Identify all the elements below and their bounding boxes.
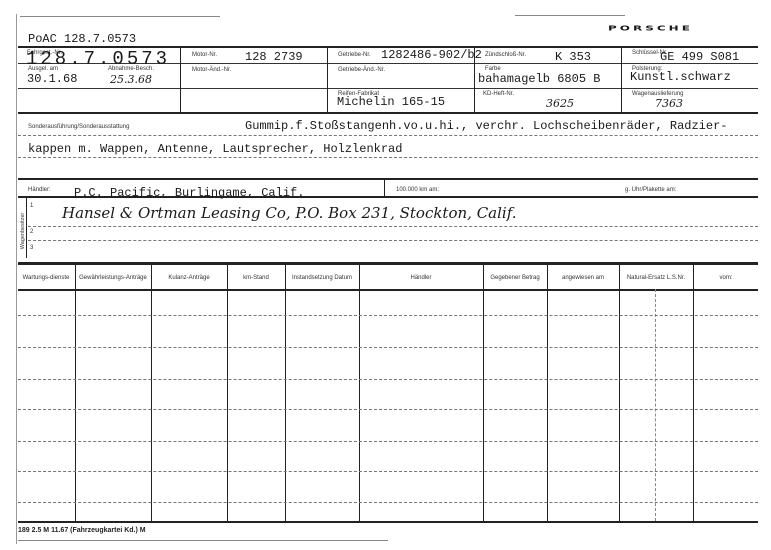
polsterung-value: Kunstl.schwarz: [630, 70, 731, 84]
owner-row-number: 1: [30, 203, 33, 209]
ausgel-value: 30.1.68: [27, 72, 77, 86]
column-header-km-stand: km-Stand: [228, 268, 284, 288]
column-header-betrag: Gegebener Betrag: [484, 268, 546, 288]
grid-line: [18, 289, 758, 291]
farbe-value: bahamagelb 6805 B: [478, 72, 600, 86]
column-header-instandsetzung: Instandsetzung Datum: [286, 268, 358, 288]
dotted-line: [18, 157, 758, 158]
wagenauslieferung-value: 7363: [655, 97, 683, 110]
grid-line: [18, 178, 758, 180]
reifen-value: Michelin 165-15: [337, 95, 445, 109]
grid-line: [18, 88, 758, 89]
table-row-line: [18, 409, 758, 410]
uhr-plakette-label: g. Uhr/Plakette am:: [625, 187, 676, 193]
sonder-line-1: Gummip.f.Stoßstangenh.vo.u.hi., verchr. …: [245, 119, 727, 133]
table-row-line: [18, 315, 758, 316]
card-reference: PoAC 128.7.0573: [28, 32, 136, 46]
grid-line: [483, 265, 484, 521]
abnahme-label: Abnahme-Besch.: [108, 66, 154, 72]
sonder-label: Sonderausführung/Sonderausstattung: [28, 124, 129, 130]
grid-line: [227, 265, 228, 521]
grid-line: [18, 196, 758, 198]
zuendschloss-value: K 353: [555, 50, 591, 64]
grid-line: [621, 46, 622, 112]
kd-heft-label: KD-Heft-Nr.: [483, 91, 514, 97]
motor-aend-label: Motor-Änd.-Nr.: [192, 67, 231, 73]
table-row-line: [18, 502, 758, 503]
column-header-angewiesen: angewiesen am: [548, 268, 618, 288]
grid-line: [18, 521, 758, 523]
zuendschloss-label: Zündschloß-Nr.: [485, 52, 526, 58]
left-border: [16, 14, 17, 544]
table-row-line: [18, 347, 758, 348]
kd-heft-value: 3625: [546, 97, 574, 110]
owner-row-number: 2: [30, 229, 33, 235]
sonder-line-2: kappen m. Wappen, Antenne, Lautsprecher,…: [28, 142, 402, 156]
column-header-haendler: Händler: [360, 268, 482, 288]
column-header-gewaehrleistung: Gewährleistungs-Anträge: [76, 268, 150, 288]
grid-line: [619, 265, 620, 521]
column-header-kulanz: Kulanz-Anträge: [152, 268, 226, 288]
owner-row-value: Hansel & Ortman Leasing Co, P.O. Box 231…: [62, 204, 517, 222]
grid-line: [359, 265, 360, 521]
motor-label: Motor-Nr.: [192, 52, 217, 58]
owner-row-number: 3: [30, 245, 33, 251]
grid-line: [18, 262, 758, 265]
grid-line: [655, 289, 656, 521]
dotted-line: [28, 226, 758, 227]
grid-line: [384, 178, 385, 196]
getriebe-value: 1282486-902/b2: [381, 48, 482, 62]
bottom-rule: [18, 540, 388, 541]
column-header-natural-ersatz: Natural-Ersatz L.S.Nr.: [620, 268, 692, 288]
abnahme-value: 25.3.68: [110, 73, 152, 86]
table-row-line: [18, 441, 758, 442]
getriebe-aend-label: Getriebe-Änd.-Nr.: [338, 67, 385, 73]
table-row-line: [18, 379, 758, 380]
dotted-line: [18, 135, 758, 136]
grid-line: [693, 265, 694, 521]
top-rule: [20, 16, 220, 17]
grid-line: [180, 46, 181, 112]
table-row-line: [18, 471, 758, 472]
grid-line: [285, 265, 286, 521]
top-rule-right: [515, 15, 625, 16]
grid-line: [75, 265, 76, 521]
getriebe-label: Getriebe-Nr.: [338, 52, 371, 58]
grid-line: [547, 265, 548, 521]
porsche-logo: PORSCHE: [608, 24, 693, 32]
grid-line: [151, 265, 152, 521]
km-label: 100.000 km am:: [396, 187, 439, 193]
column-header-vom: vom:: [694, 268, 758, 288]
haendler-label: Händler:: [28, 187, 51, 193]
schluessel-value: GE 499 S081: [660, 50, 739, 64]
wagenbesitzer-side-label: Wagenbesitzer: [20, 213, 26, 249]
grid-line: [327, 46, 328, 112]
column-header-wartungsdienste: Wartungs-dienste: [18, 268, 74, 288]
dotted-line: [28, 240, 758, 241]
print-code: 189 2.5 M 11.67 (Fahrzeugkartei Kd.) M: [18, 527, 146, 534]
motor-value: 128 2739: [245, 50, 303, 64]
grid-line: [18, 112, 758, 114]
